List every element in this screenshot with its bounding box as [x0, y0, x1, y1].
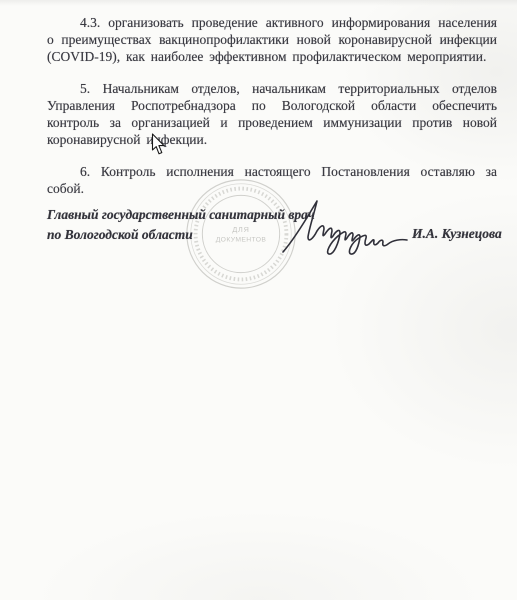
signer-name: И.А. Кузнецова: [412, 226, 502, 242]
paragraph-5: 5. Начальникам отделов, начальникам терр…: [47, 80, 497, 148]
mouse-cursor-icon: [151, 133, 166, 156]
stamp-text-line2: ДОКУМЕНТОВ: [216, 237, 267, 244]
stamp-text-line1: ДЛЯ: [232, 225, 249, 234]
signer-title-line2: по Вологодской области: [47, 225, 347, 245]
paragraph-6: 6. Контроль исполнения настоящего Постан…: [47, 163, 497, 197]
paragraph-4-3: 4.3. организовать проведение активного и…: [47, 14, 497, 65]
document-body: 4.3. организовать проведение активного и…: [47, 14, 497, 212]
scanned-document-page: 4.3. организовать проведение активного и…: [0, 0, 517, 600]
